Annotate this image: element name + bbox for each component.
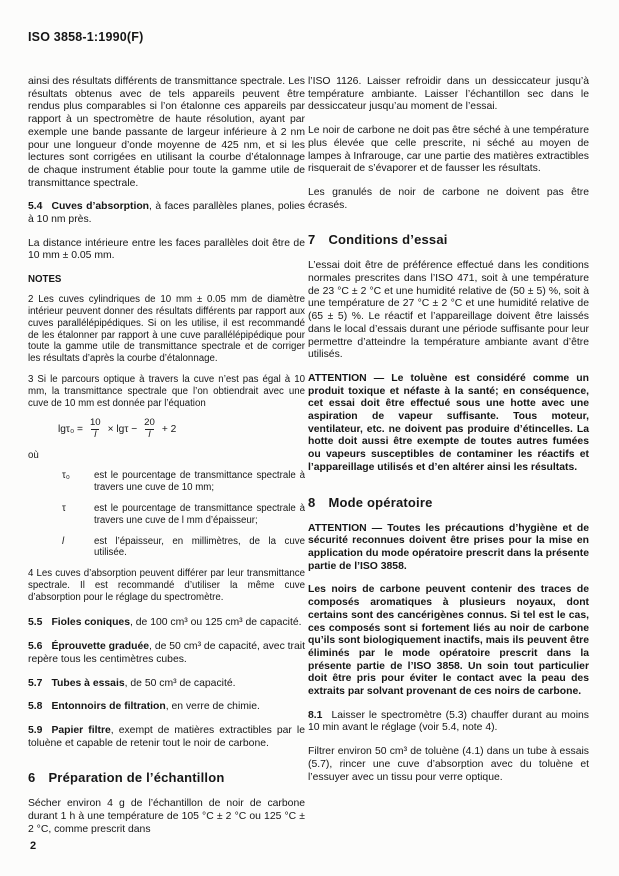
paragraph-iso1126: l’ISO 1126. Laisser refroidir dans un de… xyxy=(308,76,589,114)
equation-fraction-1: 10l xyxy=(90,418,101,440)
paragraph-intro-continuation: ainsi des résultats différents de transm… xyxy=(28,76,305,190)
paragraph-secher: Sécher environ 4 g de l’échantillon de n… xyxy=(28,798,305,836)
section-number: 8 xyxy=(308,495,315,510)
paragraph-granules: Les granulés de noir de carbone ne doive… xyxy=(308,187,589,212)
clause-text: , en verre de chimie. xyxy=(166,701,260,712)
clause-number: 5.7 xyxy=(28,678,42,689)
fraction-numerator: 20 xyxy=(144,418,155,429)
section-title: Préparation de l’échantillon xyxy=(48,770,224,785)
clause-5-7: 5.7Tubes à essais, de 50 cm³ de capacité… xyxy=(28,678,305,691)
clause-title: Fioles coniques xyxy=(51,617,130,628)
clause-text: , de 100 cm³ ou 125 cm³ de capacité. xyxy=(130,617,302,628)
warning-precautions: ATTENTION — Toutes les précautions d’hyg… xyxy=(308,523,589,574)
clause-title: Papier filtre xyxy=(51,725,110,736)
symbol-definition-text: est le pourcentage de transmittance spec… xyxy=(94,470,305,494)
clause-text: , de 50 cm³ de capacité. xyxy=(125,678,236,689)
clause-5-5: 5.5Fioles coniques, de 100 cm³ ou 125 cm… xyxy=(28,617,305,630)
note-3: 3 Si le parcours optique à travers la cu… xyxy=(28,374,305,409)
clause-title: Éprouvette graduée xyxy=(51,641,149,652)
clause-5-9: 5.9Papier filtre, exempt de matières ext… xyxy=(28,725,305,750)
warning-toluene: ATTENTION — Le toluène est considéré com… xyxy=(308,373,589,475)
section-title: Conditions d’essai xyxy=(328,232,447,247)
equation-middle: × lgτ − xyxy=(108,424,138,435)
notes-label: NOTES xyxy=(28,274,305,285)
paragraph-noir-seche: Le noir de carbone ne doit pas être séch… xyxy=(308,125,589,176)
symbol-definition-text: est l’épaisseur, en millimètres, de la c… xyxy=(94,536,305,560)
symbol-definition-tau0: τ₀ est le pourcentage de transmittance s… xyxy=(28,470,305,494)
clause-title: Entonnoirs de filtration xyxy=(51,701,165,712)
clause-number: 5.4 xyxy=(28,201,42,212)
clause-text: Laisser le spectromètre (5.3) chauffer d… xyxy=(308,710,589,734)
clause-8-1: 8.1Laisser le spectromètre (5.3) chauffe… xyxy=(308,710,589,735)
note-2: 2 Les cuves cylindriques de 10 mm ± 0.05… xyxy=(28,294,305,365)
clause-number: 5.6 xyxy=(28,641,42,652)
symbol: τ xyxy=(28,503,94,527)
clause-title: Cuves d’absorption xyxy=(51,201,149,212)
clause-number: 8.1 xyxy=(308,710,322,721)
symbol-definition-l: l est l’épaisseur, en millimètres, de la… xyxy=(28,536,305,560)
page-number: 2 xyxy=(30,840,36,852)
transmittance-equation: lgτ₀ = 10l × lgτ − 20l + 2 xyxy=(58,418,305,440)
equation-tail: + 2 xyxy=(162,424,176,435)
paragraph-filtrer: Filtrer environ 50 cm³ de toluène (4.1) … xyxy=(308,746,589,784)
symbol-definition-text: est le pourcentage de transmittance spec… xyxy=(94,503,305,527)
symbol: τ₀ xyxy=(28,470,94,494)
section-7-heading: 7Conditions d’essai xyxy=(308,232,589,247)
clause-5-6: 5.6Éprouvette graduée, de 50 cm³ de capa… xyxy=(28,641,305,666)
warning-noirs-carbone: Les noirs de carbone peuvent contenir de… xyxy=(308,584,589,698)
left-column: ainsi des résultats différents de transm… xyxy=(28,76,305,848)
clause-title: Tubes à essais xyxy=(51,678,124,689)
fraction-numerator: 10 xyxy=(90,418,101,429)
clause-number: 5.9 xyxy=(28,725,42,736)
fraction-denominator: l xyxy=(91,429,99,441)
document-page: ISO 3858-1:1990(F) ainsi des résultats d… xyxy=(0,0,619,876)
section-6-heading: 6Préparation de l’échantillon xyxy=(28,770,305,785)
clause-number: 5.5 xyxy=(28,617,42,628)
symbol-definition-tau: τ est le pourcentage de transmittance sp… xyxy=(28,503,305,527)
note-4: 4 Les cuves d’absorption peuvent différe… xyxy=(28,568,305,603)
clause-number: 5.8 xyxy=(28,701,42,712)
where-label: où xyxy=(28,450,305,461)
equation-fraction-2: 20l xyxy=(144,418,155,440)
paragraph-conditions-essai: L’essai doit être de préférence effectué… xyxy=(308,260,589,362)
section-number: 7 xyxy=(308,232,315,247)
paragraph-distance: La distance intérieure entre les faces p… xyxy=(28,238,305,263)
clause-5-4: 5.4Cuves d’absorption, à faces parallèle… xyxy=(28,201,305,226)
clause-5-8: 5.8Entonnoirs de filtration, en verre de… xyxy=(28,701,305,714)
section-title: Mode opératoire xyxy=(328,495,432,510)
document-reference: ISO 3858-1:1990(F) xyxy=(28,30,143,44)
section-8-heading: 8Mode opératoire xyxy=(308,495,589,510)
fraction-denominator: l xyxy=(145,429,153,441)
section-number: 6 xyxy=(28,770,35,785)
symbol: l xyxy=(28,536,94,560)
right-column: l’ISO 1126. Laisser refroidir dans un de… xyxy=(308,76,589,795)
equation-lhs: lgτ₀ = xyxy=(58,424,83,435)
